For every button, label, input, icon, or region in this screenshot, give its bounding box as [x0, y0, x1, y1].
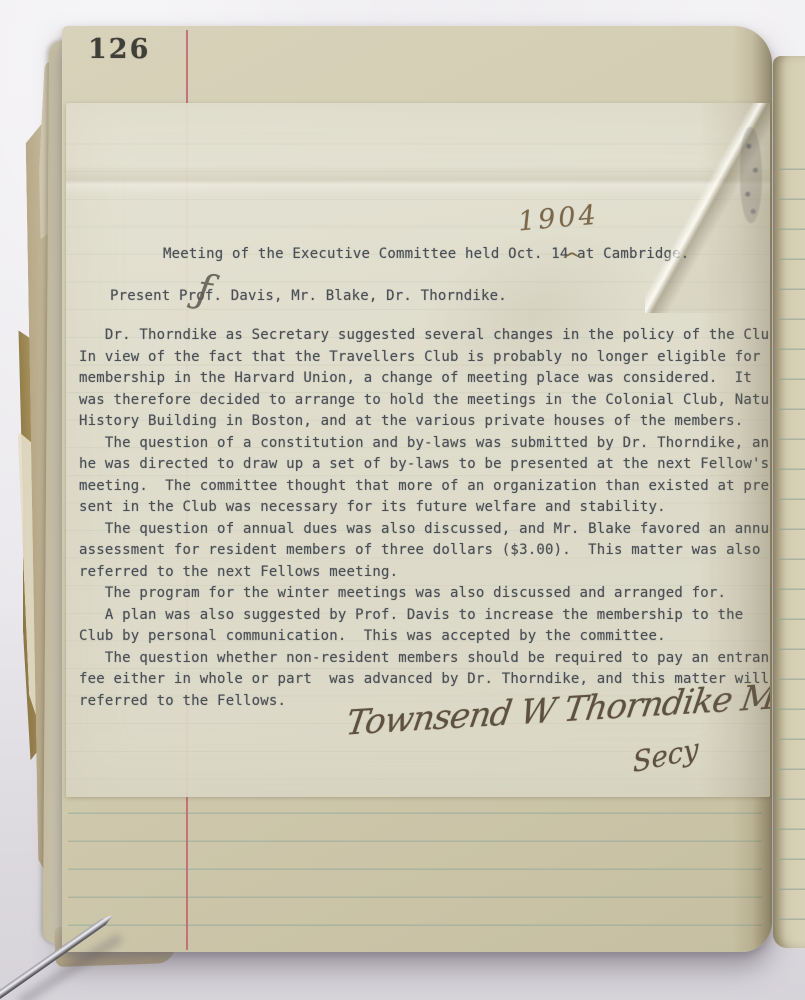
typed-line: sent in the Club was necessary for its f… — [79, 497, 770, 519]
typed-line: The question of a constitution and by-la… — [79, 433, 770, 455]
typed-line: he was directed to draw up a set of by-l… — [79, 454, 770, 476]
minutes-body: Dr. Thorndike as Secretary suggested sev… — [79, 325, 770, 712]
minutes-heading: Meeting of the Executive Committee held … — [163, 243, 689, 265]
next-page-ruled-lines — [779, 140, 805, 920]
typed-line: A plan was also suggested by Prof. Davis… — [79, 605, 770, 627]
pasted-minutes-sheet: Meeting of the Executive Committee held … — [66, 103, 770, 797]
typed-line: Dr. Thorndike as Secretary suggested sev… — [79, 325, 770, 347]
typed-line: meeting. The committee thought that more… — [79, 476, 770, 498]
next-page-edge — [773, 56, 805, 948]
typed-line: History Building in Boston, and at the v… — [79, 411, 770, 433]
page-number: 126 — [88, 34, 150, 65]
typed-line: The question of annual dues was also dis… — [79, 519, 770, 541]
typed-line: was therefore decided to arrange to hold… — [79, 390, 770, 412]
typed-line: In view of the fact that the Travellers … — [79, 347, 770, 369]
attendance-line: Present Prof. Davis, Mr. Blake, Dr. Thor… — [110, 285, 507, 307]
insertion-caret: ^ — [560, 249, 584, 271]
glue-stain — [740, 127, 762, 223]
typed-line: The program for the winter meetings was … — [79, 583, 770, 605]
typed-line: The question whether non-resident member… — [79, 648, 770, 670]
typed-line: referred to the next Fellows meeting. — [79, 562, 770, 584]
typed-line: Club by personal communication. This was… — [79, 626, 770, 648]
typed-line: assessment for resident members of three… — [79, 540, 770, 562]
typed-line: membership in the Harvard Union, a chang… — [79, 368, 770, 390]
photo-background: 126 Meeting of the Executive Committee h… — [0, 0, 805, 1000]
